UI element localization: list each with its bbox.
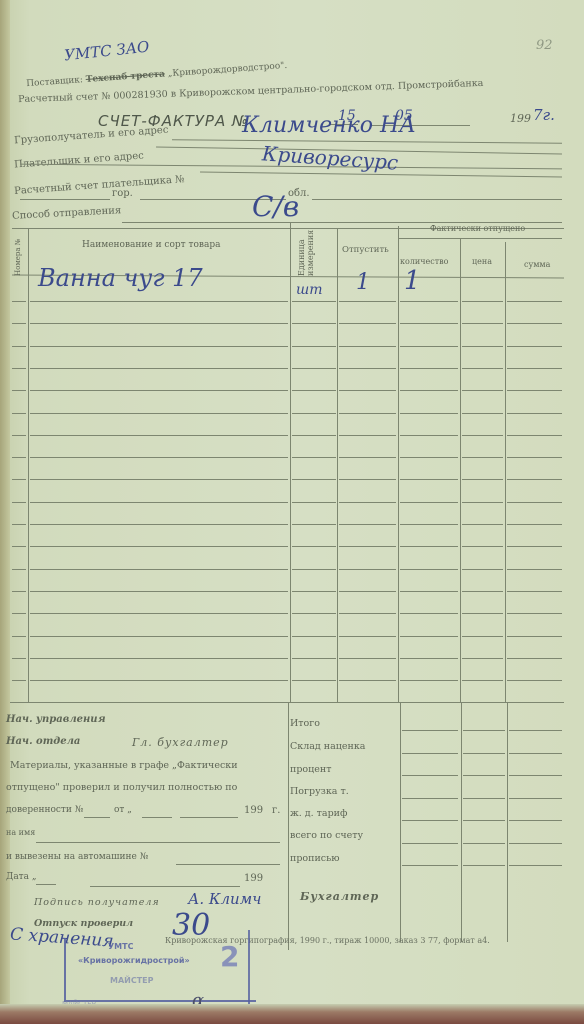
table-row-rule <box>507 569 562 570</box>
table-row-rule <box>30 680 288 681</box>
table-row-rule <box>30 346 288 347</box>
table-row-rule <box>462 368 503 369</box>
table-row-rule <box>292 457 336 458</box>
table-row-rule <box>292 390 336 391</box>
row-item-unit[interactable]: шт <box>296 282 323 298</box>
head-dept-label: Нач. отдела <box>6 736 80 747</box>
handwritten-note: УМТС ЗАО <box>63 38 150 65</box>
table-row-rule <box>30 323 288 324</box>
totals-rule <box>463 798 505 799</box>
totals-rule <box>402 753 458 754</box>
table-row-rule <box>292 591 336 592</box>
in-words-label: прописью <box>290 853 340 864</box>
row-item-release[interactable]: 1 <box>356 270 370 295</box>
date-year-prefix: 199 <box>510 112 531 125</box>
table-row-rule <box>400 323 458 324</box>
table-row-rule <box>507 479 562 480</box>
table-row-rule <box>462 613 503 614</box>
table-row-rule <box>400 435 458 436</box>
table-row-rule <box>462 591 503 592</box>
col-sum: сумма <box>524 260 550 269</box>
shipping-value[interactable]: С/в <box>252 190 299 223</box>
table-row-rule <box>30 413 288 414</box>
col-name: Наименование и сорт товара <box>82 240 220 250</box>
table-row-rule <box>507 524 562 525</box>
totals-rule <box>402 865 458 866</box>
table-row-rule <box>12 435 26 436</box>
table-row-rule <box>507 413 562 414</box>
table-row-rule <box>339 591 396 592</box>
totals-rule <box>509 843 562 844</box>
table-row-rule <box>12 680 26 681</box>
totals-rule <box>509 775 562 776</box>
chief-accountant-label: Гл. бухгалтер <box>132 736 229 749</box>
head-mgmt-label: Нач. управления <box>6 714 106 725</box>
attorney-year: 199 <box>244 805 263 816</box>
table-row-rule <box>400 524 458 525</box>
date-year-hand: 7г. <box>533 106 555 124</box>
table-row-rule <box>30 457 288 458</box>
table-row-rule <box>339 680 396 681</box>
totals-rule <box>463 753 505 754</box>
attorney-g: г. <box>272 805 280 816</box>
table-row-rule <box>30 658 288 659</box>
payer-account-label: Расчетный счет плательщика № <box>14 174 185 197</box>
from-label: от „ <box>114 805 132 815</box>
recipient-signature[interactable]: А. Климч <box>188 890 261 908</box>
table-row-rule <box>507 368 562 369</box>
totals-rule <box>509 798 562 799</box>
table-row-rule <box>462 680 503 681</box>
totals-rule <box>463 865 505 866</box>
table-row-rule <box>507 323 562 324</box>
totals-rule <box>463 775 505 776</box>
table-row-rule <box>462 569 503 570</box>
power-of-attorney-label: доверенности № <box>6 805 83 815</box>
table-row-rule <box>30 435 288 436</box>
col-row-num: Номера № <box>14 239 22 276</box>
table-row-rule <box>507 390 562 391</box>
table-row-rule <box>30 479 288 480</box>
table-row-rule <box>12 390 26 391</box>
recipient-signature-label: Подпись получателя <box>34 897 160 908</box>
table-row-rule <box>292 346 336 347</box>
table-row-rule <box>507 591 562 592</box>
table-row-rule <box>400 390 458 391</box>
table-row-rule <box>400 479 458 480</box>
loading-label: Погрузка т. <box>290 786 349 797</box>
table-row-rule <box>400 502 458 503</box>
table-row-rule <box>30 368 288 369</box>
table-row-rule <box>462 435 503 436</box>
table-row-rule <box>12 301 26 302</box>
table-row-rule <box>292 323 336 324</box>
table-row-rule <box>339 524 396 525</box>
date-label: Дата „ <box>6 872 37 882</box>
supplier-name: „Криворождорводстроо". <box>167 61 287 79</box>
table-row-rule <box>12 524 26 525</box>
table-row-rule <box>462 413 503 414</box>
table-row-rule <box>30 502 288 503</box>
col-qty: количество <box>400 257 448 266</box>
table-row-rule <box>462 502 503 503</box>
table-row-rule <box>30 546 288 547</box>
table-row-rule <box>339 457 396 458</box>
table-row-rule <box>462 346 503 347</box>
table-row-rule <box>462 301 503 302</box>
table-row-rule <box>507 301 562 302</box>
col-price: цена <box>472 257 492 266</box>
city-label: гор. <box>112 188 133 199</box>
date-year: 199 <box>244 873 263 884</box>
stamp-number: 2 <box>220 940 239 973</box>
table-row-rule <box>30 569 288 570</box>
table-row-rule <box>507 457 562 458</box>
stamp-hand-number: 30 <box>172 908 210 943</box>
materials-text-2: отпущено" проверил и получил полностью п… <box>6 782 237 793</box>
table-row-rule <box>12 368 26 369</box>
table-row-rule <box>400 680 458 681</box>
table-row-rule <box>30 301 288 302</box>
totals-rule <box>402 730 458 731</box>
payer-account-value[interactable]: Криворесурс <box>261 141 399 174</box>
totals-rule <box>509 753 562 754</box>
table-row-rule <box>400 613 458 614</box>
table-row-rule <box>339 479 396 480</box>
table-row-rule <box>400 368 458 369</box>
table-row-rule <box>292 680 336 681</box>
table-row-rule <box>339 390 396 391</box>
accountant-label: Бухгалтер <box>300 890 379 903</box>
table-row-rule <box>292 524 336 525</box>
table-row-rule <box>12 636 26 637</box>
table-row-rule <box>292 479 336 480</box>
table-row-rule <box>400 457 458 458</box>
totals-rule <box>402 798 458 799</box>
page-number: 92 <box>536 38 553 53</box>
table-row-rule <box>292 636 336 637</box>
table-row-rule <box>292 368 336 369</box>
supplier-line: Поставщик: Техснаб треста „Криворождорво… <box>26 61 288 89</box>
rail-tariff-label: ж. д. тариф <box>290 808 347 819</box>
consignee-value[interactable]: Климченко НА <box>242 113 416 138</box>
stamp-line1: УМТС <box>108 942 133 951</box>
table-row-rule <box>292 569 336 570</box>
table-row-rule <box>12 479 26 480</box>
table-row-rule <box>292 435 336 436</box>
table-row-rule <box>12 613 26 614</box>
percent-label: процент <box>290 764 331 775</box>
table-row-rule <box>400 636 458 637</box>
totals-rule <box>402 775 458 776</box>
table-row-rule <box>400 658 458 659</box>
table-row-rule <box>507 502 562 503</box>
table-row-rule <box>462 390 503 391</box>
table-row-rule <box>339 546 396 547</box>
col-release: Отпустить <box>342 245 389 255</box>
totals-rule <box>463 730 505 731</box>
totals-rule <box>402 820 458 821</box>
table-row-rule <box>339 346 396 347</box>
materials-text-1: Материалы, указанные в графе „Фактически <box>10 760 238 771</box>
book-edge <box>0 1004 584 1024</box>
table-row-rule <box>12 569 26 570</box>
totals-rule <box>463 820 505 821</box>
table-row-rule <box>400 346 458 347</box>
table-row-rule <box>507 435 562 436</box>
table-row-rule <box>507 680 562 681</box>
table-row-rule <box>400 591 458 592</box>
total-invoice-label: всего по счету <box>290 830 363 841</box>
table-row-rule <box>292 413 336 414</box>
table-row-rule <box>339 636 396 637</box>
table-row-rule <box>12 546 26 547</box>
table-row-rule <box>462 658 503 659</box>
table-row-rule <box>339 301 396 302</box>
table-row-rule <box>339 502 396 503</box>
stamp-line3: МАЙСТЕР <box>110 976 154 985</box>
stamp-line2: «Криворожгидрострой» <box>78 956 190 965</box>
table-row-rule <box>339 435 396 436</box>
col-actual-group: Фактически отпущено <box>430 224 525 233</box>
totals-rule <box>509 865 562 866</box>
table-row-rule <box>30 636 288 637</box>
table-row-rule <box>292 613 336 614</box>
consignee-label: Грузополучатель и его адрес <box>14 125 169 147</box>
row-item-qty[interactable]: 1 <box>404 266 421 296</box>
table-row-rule <box>462 479 503 480</box>
row-item-name[interactable]: Ванна чуг 17 <box>38 264 203 292</box>
table-row-rule <box>507 546 562 547</box>
warehouse-markup-label: Склад наценка <box>290 741 365 752</box>
supplier-struck: Техснаб треста <box>85 69 165 85</box>
table-row-rule <box>462 457 503 458</box>
table-row-rule <box>12 502 26 503</box>
table-row-rule <box>400 569 458 570</box>
shipping-label: Способ отправления <box>12 205 122 222</box>
table-row-rule <box>339 323 396 324</box>
table-row-rule <box>12 658 26 659</box>
table-row-rule <box>339 368 396 369</box>
totals-rule <box>509 820 562 821</box>
table-row-rule <box>462 636 503 637</box>
total-label: Итого <box>290 718 320 729</box>
name-label: на имя <box>6 828 35 837</box>
table-row-rule <box>292 301 336 302</box>
table-row-rule <box>400 301 458 302</box>
totals-rule <box>402 843 458 844</box>
totals-rule <box>463 843 505 844</box>
table-row-rule <box>400 413 458 414</box>
table-row-rule <box>339 658 396 659</box>
table-row-rule <box>30 390 288 391</box>
table-row-rule <box>507 346 562 347</box>
vehicle-label: и вывезены на автомашине № <box>6 852 148 862</box>
table-row-rule <box>462 546 503 547</box>
table-row-rule <box>507 636 562 637</box>
payer-label: Плательщик и его адрес <box>14 150 144 170</box>
table-row-rule <box>292 502 336 503</box>
table-row-rule <box>12 413 26 414</box>
supplier-label: Поставщик: <box>26 75 83 89</box>
table-row-rule <box>292 546 336 547</box>
table-row-rule <box>12 323 26 324</box>
totals-rule <box>509 730 562 731</box>
table-row-rule <box>339 413 396 414</box>
table-row-rule <box>462 323 503 324</box>
invoice-page: УМТС ЗАО 92 Поставщик: Техснаб треста „К… <box>0 0 584 1012</box>
table-row-rule <box>507 613 562 614</box>
col-unit: Единица измерения <box>297 226 315 276</box>
table-row-rule <box>12 457 26 458</box>
table-row-rule <box>30 591 288 592</box>
table-row-rule <box>12 346 26 347</box>
table-row-rule <box>30 524 288 525</box>
table-row-rule <box>507 658 562 659</box>
table-row-rule <box>339 613 396 614</box>
table-row-rule <box>30 613 288 614</box>
table-row-rule <box>339 569 396 570</box>
table-row-rule <box>12 591 26 592</box>
table-row-rule <box>400 546 458 547</box>
table-row-rule <box>292 658 336 659</box>
table-row-rule <box>462 524 503 525</box>
